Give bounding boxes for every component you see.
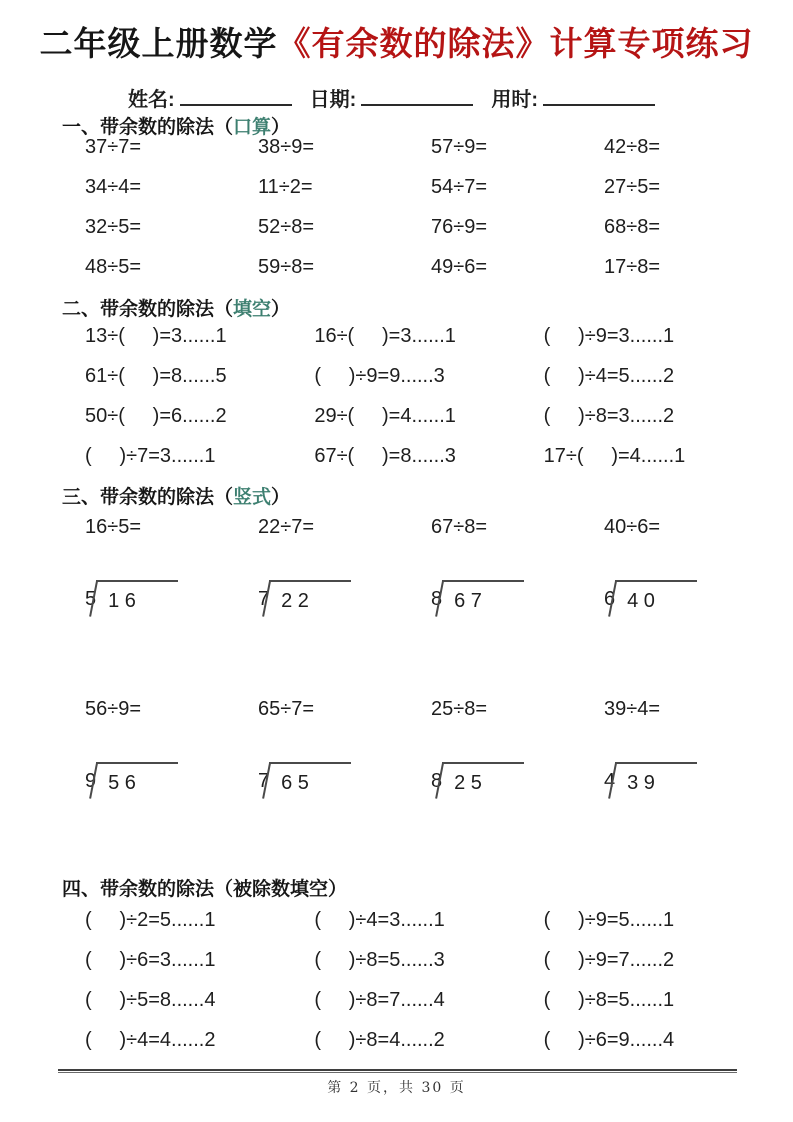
footer-page-number: 第 2 页，共 30 页 bbox=[0, 1077, 793, 1097]
problem: 39÷4= bbox=[604, 694, 777, 724]
problem: 67÷( )=8......3 bbox=[314, 436, 543, 476]
division-dividend: 2 2 bbox=[269, 580, 351, 613]
problem: 61÷( )=8......5 bbox=[85, 356, 314, 396]
problem: 17÷8= bbox=[604, 247, 777, 287]
problem: 17÷( )=4......1 bbox=[544, 436, 773, 476]
section-4-heading: 四、带余数的除法（被除数填空） bbox=[62, 878, 347, 902]
time-blank-line bbox=[543, 84, 655, 106]
section-3-problems-row2: 56÷9= 65÷7= 25÷8= 39÷4= bbox=[85, 694, 777, 724]
problem: ( )÷9=3......1 bbox=[544, 316, 773, 356]
problem: 32÷5= bbox=[85, 207, 258, 247]
problem: 52÷8= bbox=[258, 207, 431, 247]
section-3-divisions-row1: 51 6 72 2 86 7 64 0 bbox=[85, 580, 777, 613]
title-part-suffix: 计算专项练习 bbox=[550, 24, 754, 63]
section-4-heading-text: 四、带余数的除法（被除数填空） bbox=[62, 879, 347, 900]
problem: 13÷( )=3......1 bbox=[85, 316, 314, 356]
problem: ( )÷8=3......2 bbox=[544, 396, 773, 436]
long-division: 72 2 bbox=[258, 580, 431, 613]
problem: ( )÷6=9......4 bbox=[544, 1020, 773, 1060]
date-blank-line bbox=[361, 84, 473, 106]
problem: ( )÷9=9......3 bbox=[314, 356, 543, 396]
problem: 56÷9= bbox=[85, 694, 258, 724]
problem: 76÷9= bbox=[431, 207, 604, 247]
problem: ( )÷8=5......1 bbox=[544, 980, 773, 1020]
problem: 34÷4= bbox=[85, 167, 258, 207]
form-row: 姓名:日期:用时: bbox=[128, 84, 655, 113]
problem: 29÷( )=4......1 bbox=[314, 396, 543, 436]
problem: 11÷2= bbox=[258, 167, 431, 207]
problem: ( )÷4=3......1 bbox=[314, 900, 543, 940]
title-part-course: 二年级上册数学 bbox=[40, 24, 278, 63]
problem: 22÷7= bbox=[258, 512, 431, 542]
problem: 16÷5= bbox=[85, 512, 258, 542]
problem: 25÷8= bbox=[431, 694, 604, 724]
time-label: 用时: bbox=[491, 89, 538, 111]
section-3-problems-row1: 16÷5= 22÷7= 67÷8= 40÷6= bbox=[85, 512, 777, 542]
problem: ( )÷5=8......4 bbox=[85, 980, 314, 1020]
long-division: 51 6 bbox=[85, 580, 258, 613]
footer-divider bbox=[58, 1069, 737, 1073]
section-4-grid: ( )÷2=5......1 ( )÷4=3......1 ( )÷9=5...… bbox=[85, 900, 773, 1060]
division-dividend: 6 7 bbox=[442, 580, 524, 613]
problem: ( )÷2=5......1 bbox=[85, 900, 314, 940]
problem: 49÷6= bbox=[431, 247, 604, 287]
section-3-heading-prefix: 三、带余数的除法 bbox=[62, 487, 214, 508]
name-blank-line bbox=[180, 84, 292, 106]
problem: ( )÷8=5......3 bbox=[314, 940, 543, 980]
division-dividend: 6 5 bbox=[269, 762, 351, 795]
division-dividend: 3 9 bbox=[615, 762, 697, 795]
long-division: 95 6 bbox=[85, 762, 258, 795]
problem: 42÷8= bbox=[604, 127, 777, 167]
problem: ( )÷8=4......2 bbox=[314, 1020, 543, 1060]
date-label: 日期: bbox=[310, 89, 357, 111]
division-dividend: 2 5 bbox=[442, 762, 524, 795]
section-3-term: 竖式 bbox=[233, 487, 271, 508]
problem: 50÷( )=6......2 bbox=[85, 396, 314, 436]
title-part-topic: 《有余数的除法》 bbox=[278, 24, 550, 63]
division-dividend: 5 6 bbox=[96, 762, 178, 795]
name-label: 姓名: bbox=[128, 89, 175, 111]
page-title: 二年级上册数学《有余数的除法》计算专项练习 bbox=[0, 24, 793, 64]
problem: 65÷7= bbox=[258, 694, 431, 724]
problem: 38÷9= bbox=[258, 127, 431, 167]
problem: 57÷9= bbox=[431, 127, 604, 167]
long-division: 86 7 bbox=[431, 580, 604, 613]
long-division: 82 5 bbox=[431, 762, 604, 795]
section-2-grid: 13÷( )=3......1 16÷( )=3......1 ( )÷9=3.… bbox=[85, 316, 773, 476]
problem: ( )÷4=4......2 bbox=[85, 1020, 314, 1060]
problem: ( )÷4=5......2 bbox=[544, 356, 773, 396]
long-division: 76 5 bbox=[258, 762, 431, 795]
problem: 48÷5= bbox=[85, 247, 258, 287]
section-3-divisions-row2: 95 6 76 5 82 5 43 9 bbox=[85, 762, 777, 795]
section-1-grid: 37÷7= 38÷9= 57÷9= 42÷8= 34÷4= 11÷2= 54÷7… bbox=[85, 127, 777, 287]
division-dividend: 4 0 bbox=[615, 580, 697, 613]
section-3-heading: 三、带余数的除法（竖式） bbox=[62, 486, 290, 510]
problem: ( )÷7=3......1 bbox=[85, 436, 314, 476]
problem: ( )÷6=3......1 bbox=[85, 940, 314, 980]
long-division: 64 0 bbox=[604, 580, 777, 613]
section-3-paren-close: ） bbox=[271, 487, 290, 508]
problem: 54÷7= bbox=[431, 167, 604, 207]
problem: 59÷8= bbox=[258, 247, 431, 287]
problem: 68÷8= bbox=[604, 207, 777, 247]
problem: 37÷7= bbox=[85, 127, 258, 167]
worksheet-page: 二年级上册数学《有余数的除法》计算专项练习 姓名:日期:用时: 一、带余数的除法… bbox=[0, 0, 793, 1122]
problem: ( )÷8=7......4 bbox=[314, 980, 543, 1020]
problem: 67÷8= bbox=[431, 512, 604, 542]
division-dividend: 1 6 bbox=[96, 580, 178, 613]
problem: ( )÷9=5......1 bbox=[544, 900, 773, 940]
problem: ( )÷9=7......2 bbox=[544, 940, 773, 980]
section-3-paren-open: （ bbox=[214, 487, 233, 508]
problem: 40÷6= bbox=[604, 512, 777, 542]
problem: 27÷5= bbox=[604, 167, 777, 207]
long-division: 43 9 bbox=[604, 762, 777, 795]
problem: 16÷( )=3......1 bbox=[314, 316, 543, 356]
